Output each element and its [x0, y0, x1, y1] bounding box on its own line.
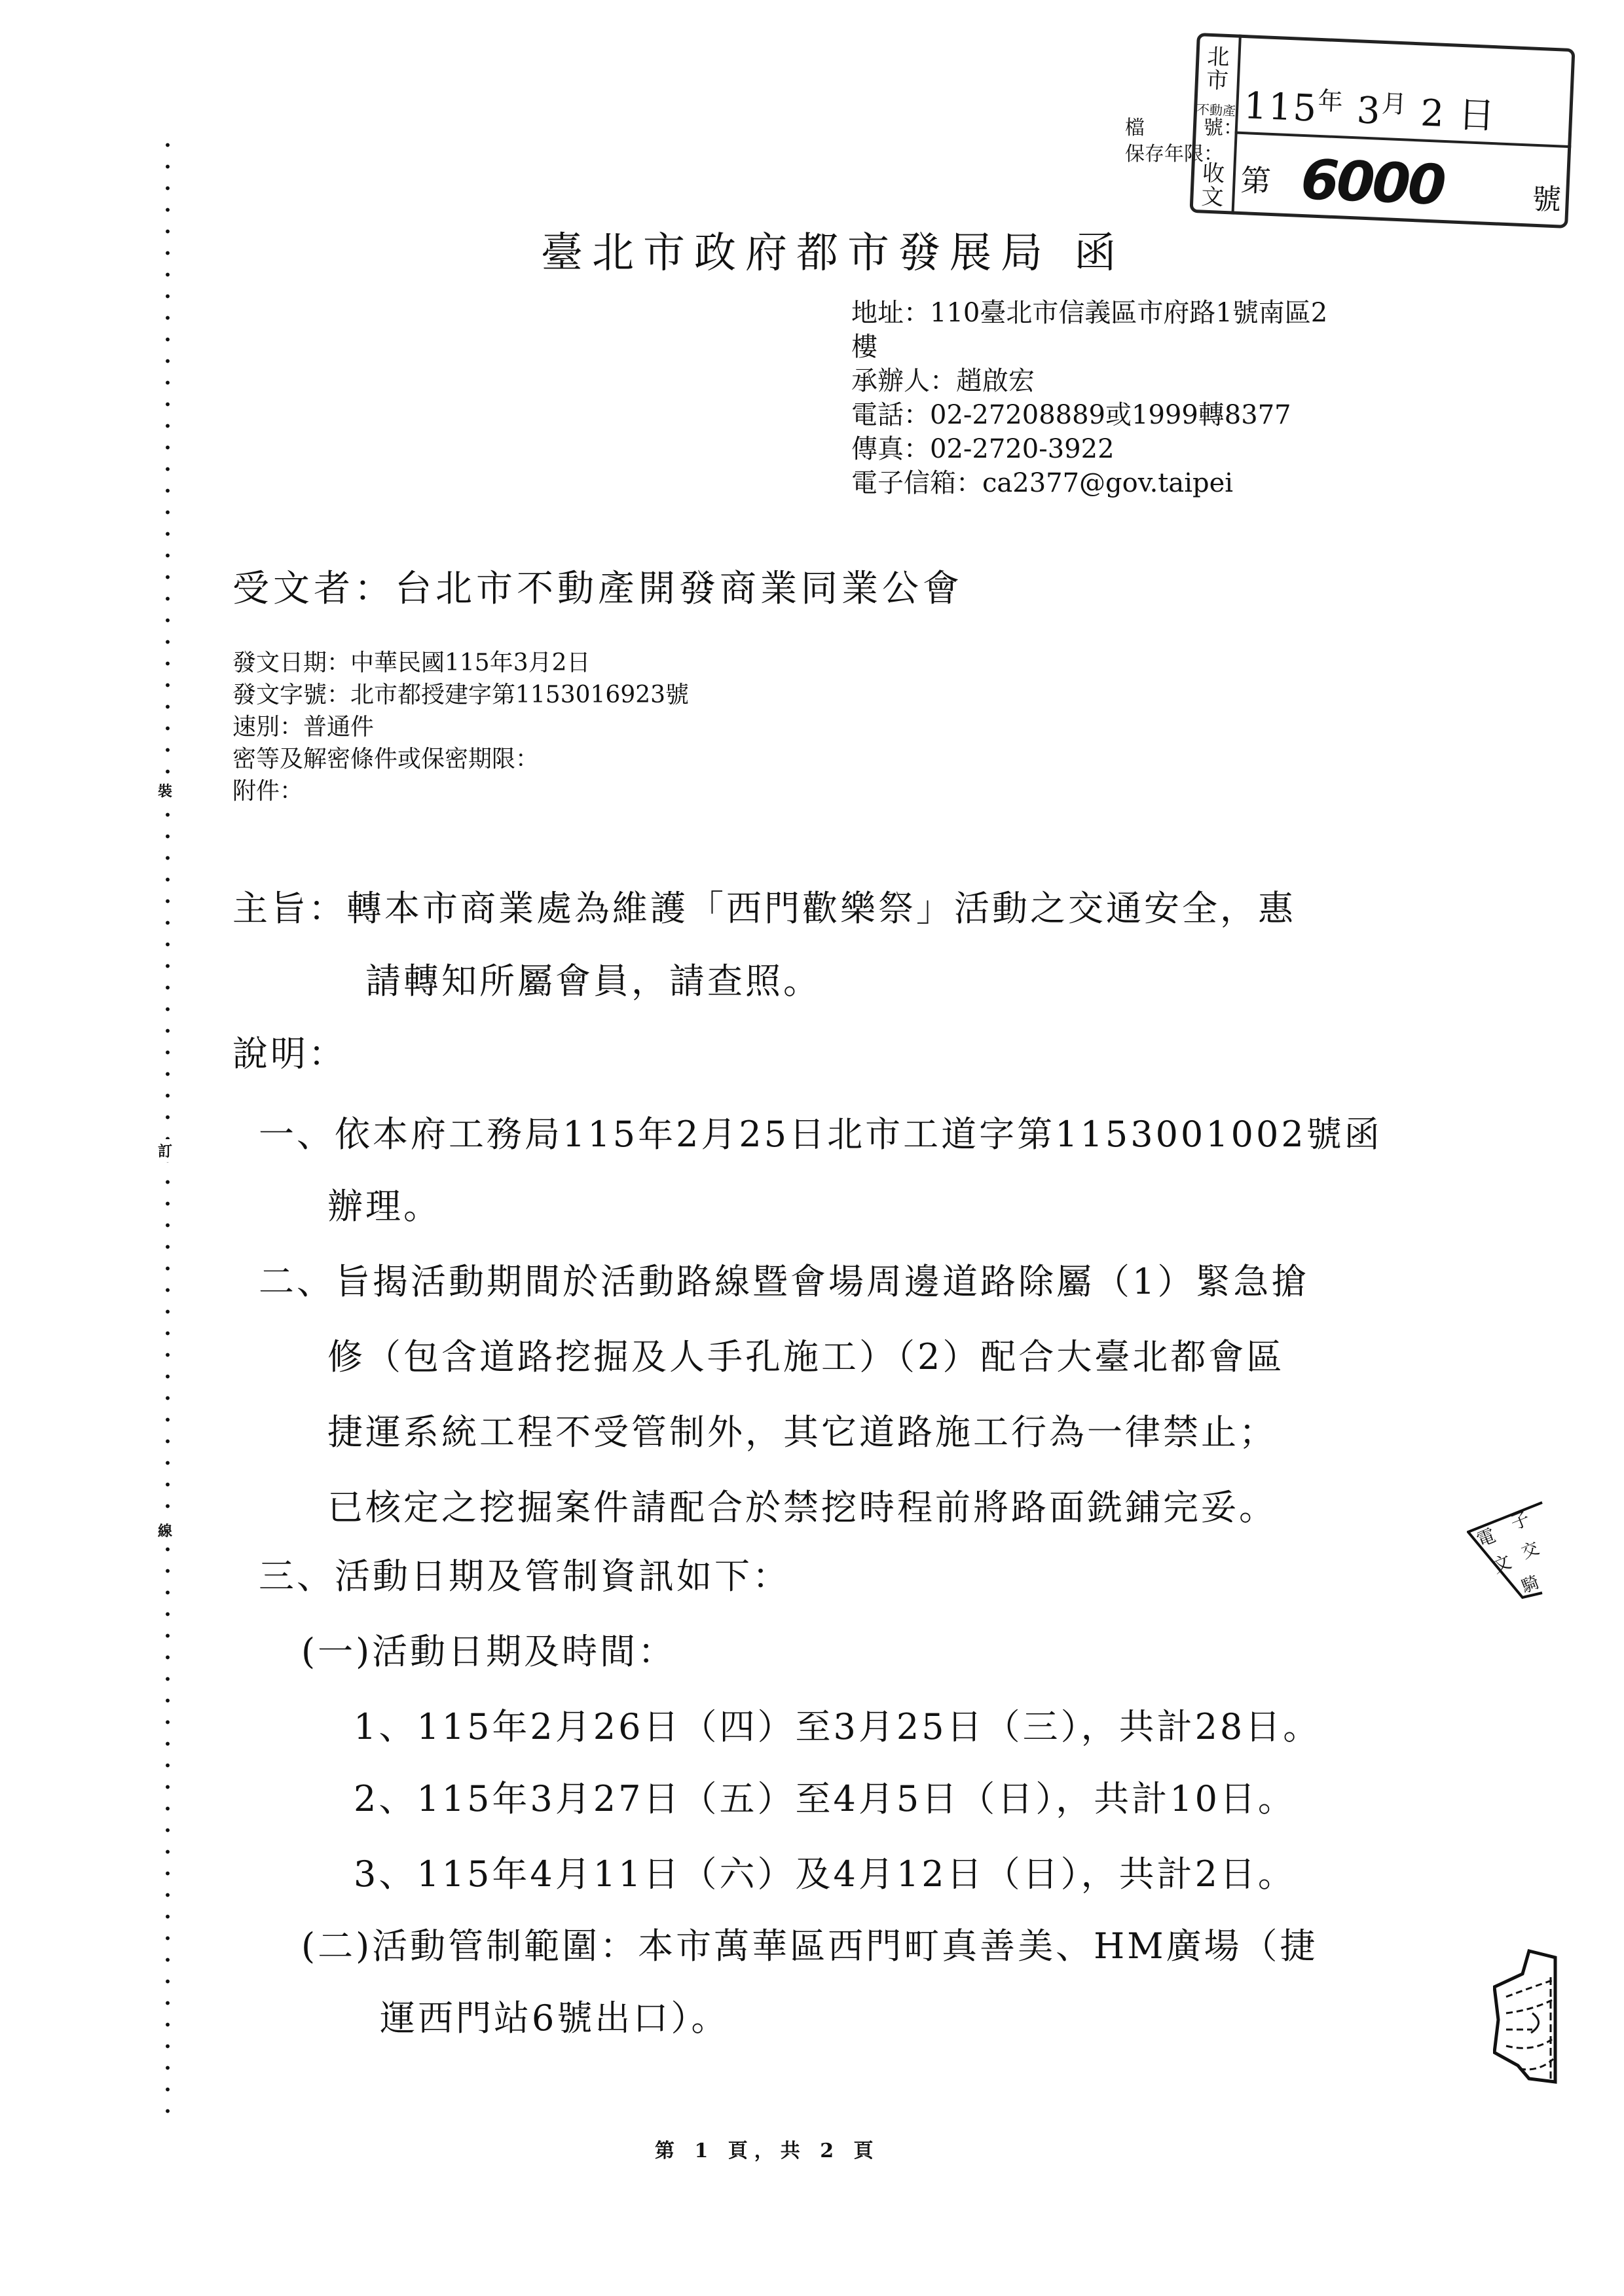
- stamp-label-city: 北市: [1197, 45, 1238, 93]
- stamp-year-unit: 年: [1318, 86, 1345, 117]
- stamp-label-org: 不動產: [1196, 101, 1236, 119]
- classification: 密等及解密條件或保密期限：: [232, 743, 689, 775]
- delivery-speed: 速別：普通件: [232, 711, 689, 743]
- stamp-day: 2: [1420, 92, 1446, 136]
- stamp-number-prefix: 第: [1240, 156, 1272, 201]
- contact-block: 地址：110臺北市信義區市府路1號南區2 樓 承辦人：趙啟宏 電話：02-272…: [851, 296, 1327, 500]
- event-date-3: 3、115年4月11日（六）及4月12日（日），共計2日。: [354, 1846, 1296, 1897]
- binding-mark-xian: 線: [152, 1519, 178, 1542]
- subject-line-2: 請轉知所屬會員，請查照。: [365, 953, 821, 1004]
- partial-seal-icon: [1493, 1948, 1559, 2085]
- document-number: 發文字號：北市都授建字第1153016923號: [232, 679, 689, 711]
- stamp-day-unit: 日: [1457, 94, 1497, 137]
- explanation-item-3-line-1: 三、活動日期及管制資訊如下：: [259, 1548, 790, 1599]
- receipt-stamp: 北市 不動產 收文 115年 3月 2 日 第 6000 號: [1189, 33, 1575, 228]
- stamp-year: 115: [1243, 84, 1319, 130]
- binding-mark-zhuang: 裝: [152, 779, 178, 802]
- phone: 電話：02-27208889或1999轉8377: [851, 398, 1327, 432]
- event-date-1: 1、115年2月26日（四）至3月25日（三），共計28日。: [354, 1699, 1321, 1749]
- explanation-item-2-line-3: 捷運系統工程不受管制外，其它道路施工行為一律禁止；: [327, 1404, 1277, 1455]
- binding-dots: [164, 134, 172, 2118]
- binding-margin-line: [164, 134, 172, 2118]
- control-area-line-1: (二)活動管制範圍：本市萬華區西門町真善美、HM廣場（捷: [301, 1918, 1318, 1969]
- file-number-label-char1: 檔: [1125, 115, 1145, 141]
- attachments: 附件：: [232, 775, 689, 807]
- issue-date: 發文日期：中華民國115年3月2日: [232, 647, 689, 679]
- binding-mark-ding: 訂: [152, 1139, 178, 1162]
- svg-text:文: 文: [1489, 1550, 1514, 1577]
- svg-text:子: 子: [1507, 1507, 1532, 1534]
- fax: 傳真：02-2720-3922: [851, 432, 1327, 466]
- stamp-month-unit: 月: [1381, 89, 1409, 119]
- address-line-2: 樓: [851, 330, 1327, 364]
- subject-line-1: 主旨：轉本市商業處為維護「西門歡樂祭」活動之交通安全，惠: [232, 881, 1296, 931]
- stamp-date: 115年 3月 2 日: [1243, 77, 1498, 139]
- document-meta: 發文日期：中華民國115年3月2日 發文字號：北市都授建字第1153016923…: [232, 647, 689, 807]
- explanation-item-2-line-2: 修（包含道路挖掘及人手孔施工）（2）配合大臺北都會區: [327, 1329, 1284, 1379]
- address-line-1: 地址：110臺北市信義區市府路1號南區2: [851, 296, 1327, 330]
- handler: 承辦人：趙啟宏: [851, 364, 1327, 398]
- stamp-number-suffix: 號: [1532, 175, 1562, 219]
- email: 電子信箱：ca2377@gov.taipei: [851, 466, 1327, 500]
- explanation-item-1-line-1: 一、依本府工務局115年2月25日北市工道字第1153001002號函: [259, 1106, 1382, 1157]
- edoc-seal-icon: 電 子 文 交 騎: [1467, 1496, 1545, 1601]
- event-dates-heading: (一)活動日期及時間：: [301, 1624, 676, 1674]
- page-indicator: 第 1 頁，共 2 頁: [655, 2134, 880, 2163]
- stamp-month: 3: [1356, 89, 1382, 133]
- document-title: 臺北市政府都市發展局 函: [541, 219, 1125, 280]
- explanation-item-1-line-2: 辦理。: [327, 1178, 441, 1229]
- explanation-item-2-line-1: 二、旨揭活動期間於活動路線暨會場周邊道路除屬（1）緊急搶: [259, 1254, 1309, 1304]
- stamp-label-receive: 收文: [1192, 161, 1234, 210]
- stamp-handwritten-number: 6000: [1300, 147, 1445, 217]
- control-area-line-2: 運西門站6號出口）。: [380, 1990, 729, 2041]
- recipient: 受文者：台北市不動產開發商業同業公會: [232, 560, 963, 612]
- explanation-item-2-line-4: 已核定之挖掘案件請配合於禁挖時程前將路面銑鋪完妥。: [327, 1480, 1277, 1530]
- explanation-heading: 說明：: [232, 1026, 346, 1076]
- event-date-2: 2、115年3月27日（五）至4月5日（日），共計10日。: [354, 1771, 1296, 1821]
- svg-text:交: 交: [1519, 1539, 1541, 1563]
